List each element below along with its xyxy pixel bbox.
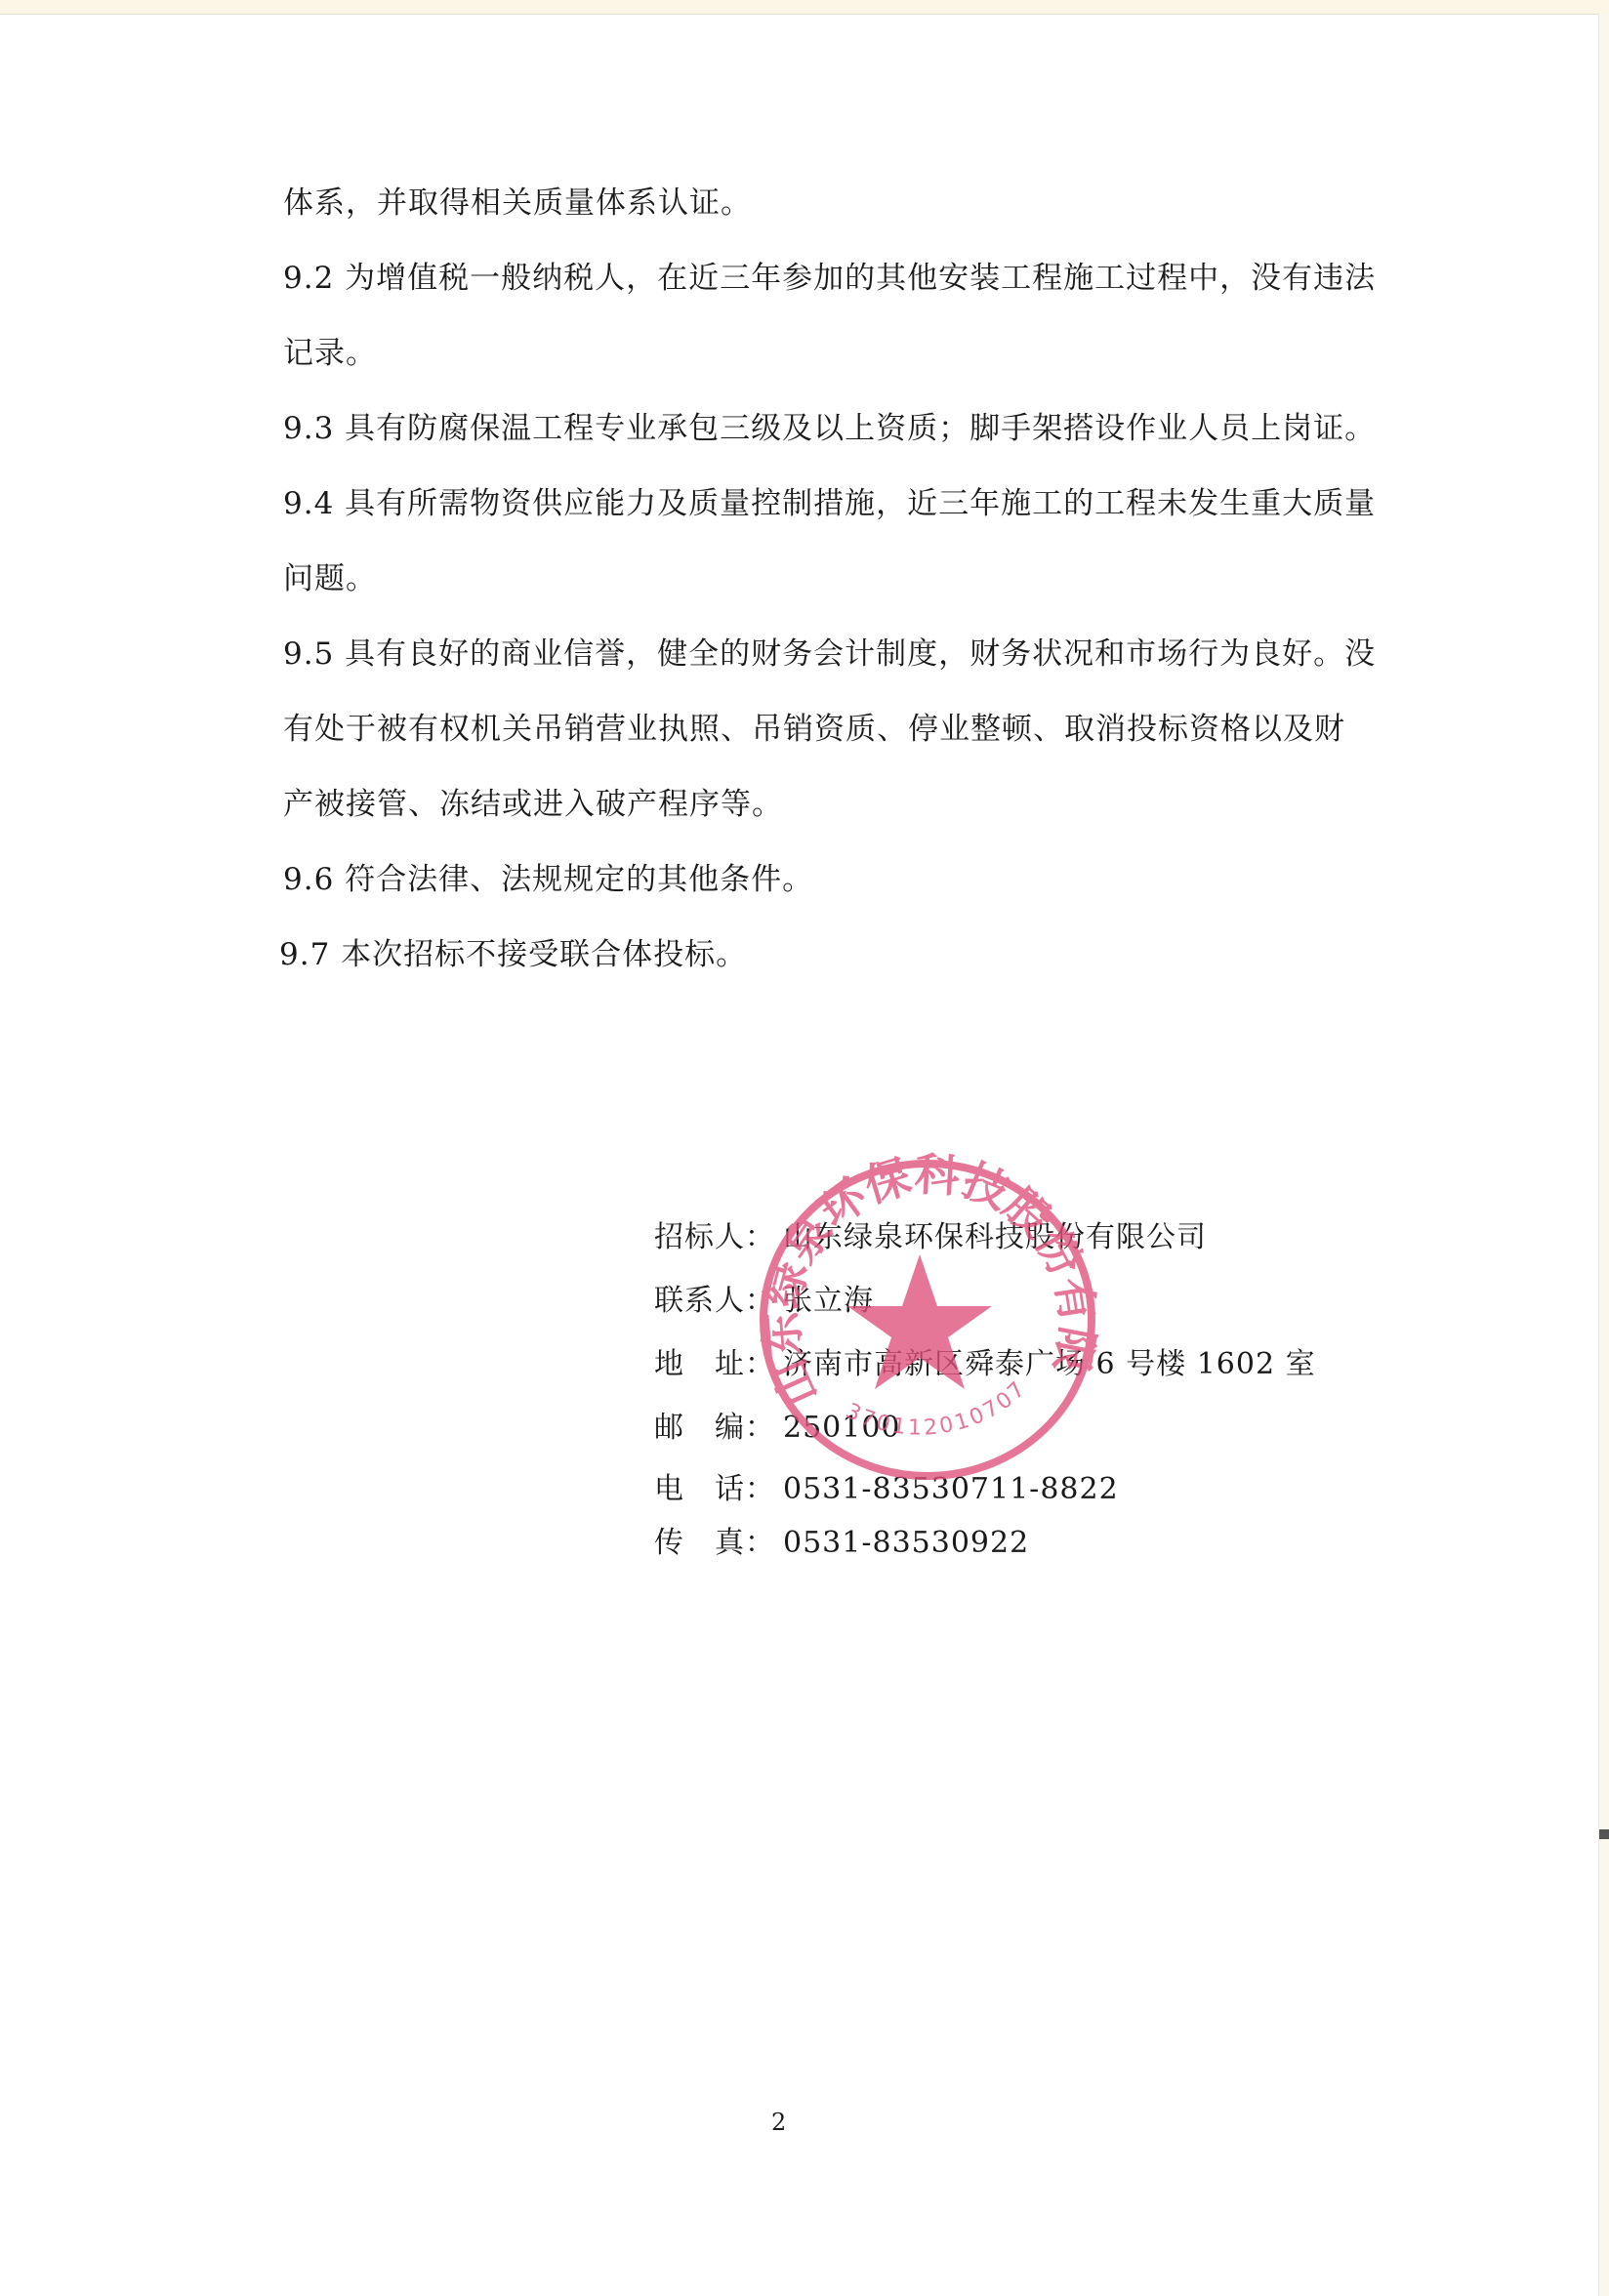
paragraph: 9.3 具有防腐保温工程专业承包三级及以上资质；脚手架搭设作业人员上岗证。 — [283, 391, 1406, 467]
fax-label: 传 真： — [654, 1518, 783, 1561]
paragraph: 体系，并取得相关质量体系认证。 — [283, 166, 1406, 241]
address-value: 济南市高新区舜泰广场 6 号楼 1602 室 — [783, 1339, 1316, 1382]
paragraph: 产被接管、冻结或进入破产程序等。 — [283, 767, 1406, 842]
paragraph: 9.4 具有所需物资供应能力及质量控制措施，近三年施工的工程未发生重大质量 — [283, 467, 1406, 542]
contact-person-row: 联系人：张立海 — [654, 1276, 874, 1319]
paragraph: 记录。 — [283, 316, 1406, 391]
paragraph: 问题。 — [283, 542, 1406, 617]
fax-row: 传 真：0531-83530922 — [654, 1518, 1029, 1561]
phone-label: 电 话： — [654, 1464, 783, 1507]
paragraph: 9.7 本次招标不接受联合体投标。 — [279, 918, 1406, 993]
address-row: 地 址：济南市高新区舜泰广场 6 号楼 1602 室 — [654, 1339, 1316, 1382]
address-label: 地 址： — [654, 1339, 783, 1382]
phone-value: 0531-83530711-8822 — [783, 1472, 1119, 1506]
phone-row: 电 话：0531-83530711-8822 — [654, 1464, 1119, 1507]
contact-person-value: 张立海 — [783, 1276, 874, 1319]
postcode-label: 邮 编： — [654, 1403, 783, 1446]
fax-value: 0531-83530922 — [783, 1526, 1029, 1560]
requirements-section: 体系，并取得相关质量体系认证。 9.2 为增值税一般纳税人，在近三年参加的其他安… — [283, 166, 1406, 993]
paragraph: 有处于被有权机关吊销营业执照、吊销资质、停业整顿、取消投标资格以及财 — [283, 692, 1406, 767]
paragraph: 9.5 具有良好的商业信誉，健全的财务会计制度，财务状况和市场行为良好。没 — [283, 617, 1406, 692]
paragraph: 9.2 为增值税一般纳税人，在近三年参加的其他安装工程施工过程中，没有违法 — [283, 241, 1406, 316]
page-number: 2 — [771, 2109, 786, 2136]
scan-top-edge — [0, 0, 1609, 15]
postcode-row: 邮 编：250100 — [654, 1403, 901, 1446]
paragraph: 9.6 符合法律、法规规定的其他条件。 — [283, 842, 1406, 918]
scan-edge-mark — [1599, 1829, 1609, 1839]
tenderer-row: 招标人：山东绿泉环保科技股份有限公司 — [654, 1212, 1207, 1255]
tenderer-value: 山东绿泉环保科技股份有限公司 — [783, 1212, 1207, 1255]
postcode-value: 250100 — [783, 1411, 901, 1445]
contact-person-label: 联系人： — [654, 1276, 783, 1319]
scan-right-edge — [1598, 14, 1609, 2296]
tenderer-label: 招标人： — [654, 1212, 783, 1255]
